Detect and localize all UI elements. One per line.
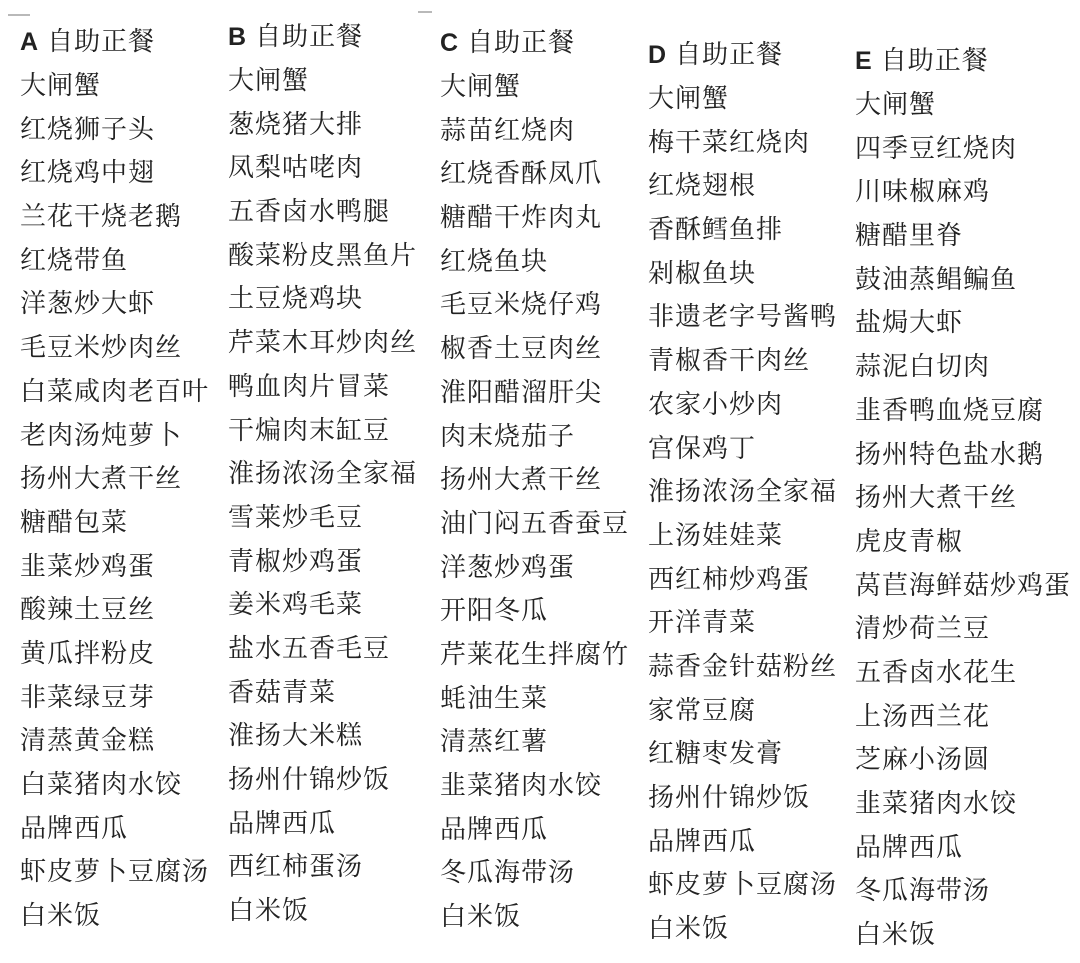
menu-item: 虾皮萝卜豆腐汤 [648, 863, 860, 907]
menu-item: 白米饭 [440, 895, 652, 939]
menu-item: 白米饭 [855, 913, 1067, 957]
menu-item: 扬州大煮干丝 [20, 457, 232, 501]
menu-item: 品牌西瓜 [440, 808, 652, 852]
menu-item: 红烧鸡中翅 [20, 151, 232, 195]
menu-item: 青椒炒鸡蛋 [228, 540, 440, 584]
menu-item: 椒香土豆肉丝 [440, 327, 652, 371]
menu-title-d: D自助正餐 [648, 33, 860, 77]
menu-item: 蒜苗红烧肉 [440, 109, 652, 153]
menu-item: 红烧鱼块 [440, 240, 652, 284]
menu-item: 扬州大煮干丝 [855, 476, 1067, 520]
menu-item: 清蒸黄金糕 [20, 719, 232, 763]
menu-letter-c: C [440, 29, 458, 57]
menu-item: 蒜香金针菇粉丝 [648, 645, 860, 689]
menu-item: 家常豆腐 [648, 689, 860, 733]
menu-item: 糖醋包菜 [20, 501, 232, 545]
menu-item: 非遗老字号酱鸭 [648, 295, 860, 339]
menu-item: 非菜绿豆芽 [20, 676, 232, 720]
menu-column-a: A自助正餐 大闸蟹红烧狮子头红烧鸡中翅兰花干烧老鹅红烧带鱼洋葱炒大虾毛豆米炒肉丝… [20, 20, 232, 938]
menu-title-c: C自助正餐 [440, 21, 652, 65]
menu-item: 土豆烧鸡块 [228, 277, 440, 321]
menu-item: 虎皮青椒 [855, 520, 1067, 564]
menu-title-label: 自助正餐 [47, 27, 155, 56]
menu-item: 油门闷五香蚕豆 [440, 502, 652, 546]
menu-item: 剁椒鱼块 [648, 252, 860, 296]
menu-item: 淮扬大米糕 [228, 714, 440, 758]
menu-item: 酸菜粉皮黑鱼片 [228, 234, 440, 278]
menu-letter-b: B [228, 23, 246, 51]
menu-item: 洋葱炒大虾 [20, 282, 232, 326]
menu-item: 品牌西瓜 [20, 807, 232, 851]
menu-title-label: 自助正餐 [881, 46, 989, 75]
menu-item: 大闸蟹 [648, 77, 860, 121]
menu-item: 红烧翅根 [648, 164, 860, 208]
menu-item: 川味椒麻鸡 [855, 170, 1067, 214]
menu-item: 扬州大煮干丝 [440, 458, 652, 502]
menu-item: 清蒸红薯 [440, 720, 652, 764]
menu-item: 鼓油蒸鲳鳊鱼 [855, 258, 1067, 302]
menu-item: 盐水五香毛豆 [228, 627, 440, 671]
menu-item: 干煸肉末缸豆 [228, 409, 440, 453]
menu-item: 糖醋里脊 [855, 214, 1067, 258]
scan-artifact-mark [418, 11, 432, 13]
menu-item: 白米饭 [20, 894, 232, 938]
menu-item: 香菇青菜 [228, 671, 440, 715]
menu-item: 大闸蟹 [855, 83, 1067, 127]
menu-item: 老肉汤炖萝卜 [20, 414, 232, 458]
menu-item: 虾皮萝卜豆腐汤 [20, 850, 232, 894]
menu-letter-e: E [855, 47, 872, 75]
menu-column-e: E自助正餐 大闸蟹四季豆红烧肉川味椒麻鸡糖醋里脊鼓油蒸鲳鳊鱼盐焗大虾蒜泥白切肉韭… [855, 39, 1067, 957]
menu-item: 酸辣土豆丝 [20, 588, 232, 632]
menu-item: 红烧带鱼 [20, 239, 232, 283]
menu-item: 上汤西兰花 [855, 695, 1067, 739]
menu-title-e: E自助正餐 [855, 39, 1067, 83]
menu-items-a: 大闸蟹红烧狮子头红烧鸡中翅兰花干烧老鹅红烧带鱼洋葱炒大虾毛豆米炒肉丝白菜咸肉老百… [20, 64, 232, 938]
menu-item: 白米饭 [228, 889, 440, 933]
menu-title-label: 自助正餐 [255, 22, 363, 51]
menu-items-b: 大闸蟹葱烧猪大排凤梨咕咾肉五香卤水鸭腿酸菜粉皮黑鱼片土豆烧鸡块芹菜木耳炒肉丝鸭血… [228, 59, 440, 933]
menu-item: 蒜泥白切肉 [855, 345, 1067, 389]
menu-item: 肉末烧茄子 [440, 415, 652, 459]
menu-item: 上汤娃娃菜 [648, 514, 860, 558]
menu-item: 莴苣海鲜菇炒鸡蛋 [855, 564, 1067, 608]
menu-item: 扬州什锦炒饭 [648, 776, 860, 820]
menu-item: 农家小炒肉 [648, 383, 860, 427]
menu-item: 清炒荷兰豆 [855, 607, 1067, 651]
menu-title-label: 自助正餐 [467, 28, 575, 57]
menu-items-d: 大闸蟹梅干菜红烧肉红烧翅根香酥鳕鱼排剁椒鱼块非遗老字号酱鸭青椒香干肉丝农家小炒肉… [648, 77, 860, 951]
menu-letter-a: A [20, 28, 38, 56]
menu-items-c: 大闸蟹蒜苗红烧肉红烧香酥凤爪糖醋干炸肉丸红烧鱼块毛豆米烧仔鸡椒香土豆肉丝淮阳醋溜… [440, 65, 652, 939]
menu-item: 五香卤水花生 [855, 651, 1067, 695]
menu-item: 兰花干烧老鹅 [20, 195, 232, 239]
menu-item: 芹莱花生拌腐竹 [440, 633, 652, 677]
menu-item: 冬瓜海带汤 [855, 869, 1067, 913]
menu-item: 芹菜木耳炒肉丝 [228, 321, 440, 365]
menu-item: 雪莱炒毛豆 [228, 496, 440, 540]
menu-item: 韭菜猪肉水饺 [855, 782, 1067, 826]
menu-column-d: D自助正餐 大闸蟹梅干菜红烧肉红烧翅根香酥鳕鱼排剁椒鱼块非遗老字号酱鸭青椒香干肉… [648, 33, 860, 951]
menu-item: 毛豆米炒肉丝 [20, 326, 232, 370]
menu-item: 韭香鸭血烧豆腐 [855, 389, 1067, 433]
menu-item: 宫保鸡丁 [648, 427, 860, 471]
menu-item: 糖醋干炸肉丸 [440, 196, 652, 240]
menu-column-c: C自助正餐 大闸蟹蒜苗红烧肉红烧香酥凤爪糖醋干炸肉丸红烧鱼块毛豆米烧仔鸡椒香土豆… [440, 21, 652, 939]
menu-item: 韭菜炒鸡蛋 [20, 545, 232, 589]
menu-item: 五香卤水鸭腿 [228, 190, 440, 234]
menu-item: 青椒香干肉丝 [648, 339, 860, 383]
menu-item: 凤梨咕咾肉 [228, 146, 440, 190]
menu-item: 西红柿炒鸡蛋 [648, 558, 860, 602]
menu-item: 品牌西瓜 [855, 826, 1067, 870]
menu-item: 开洋青菜 [648, 601, 860, 645]
menu-item: 淮扬浓汤全家福 [648, 470, 860, 514]
menu-item: 鸭血肉片冒菜 [228, 365, 440, 409]
menu-item: 大闸蟹 [228, 59, 440, 103]
menu-item: 白菜咸肉老百叶 [20, 370, 232, 414]
menu-title-b: B自助正餐 [228, 15, 440, 59]
menu-item: 梅干菜红烧肉 [648, 121, 860, 165]
menu-item: 毛豆米烧仔鸡 [440, 283, 652, 327]
menu-item: 扬州什锦炒饭 [228, 758, 440, 802]
menu-board: A自助正餐 大闸蟹红烧狮子头红烧鸡中翅兰花干烧老鹅红烧带鱼洋葱炒大虾毛豆米炒肉丝… [0, 0, 1080, 963]
menu-letter-d: D [648, 41, 666, 69]
menu-item: 四季豆红烧肉 [855, 127, 1067, 171]
menu-item: 盐焗大虾 [855, 301, 1067, 345]
menu-item: 白米饭 [648, 907, 860, 951]
menu-item: 扬州特色盐水鹅 [855, 433, 1067, 477]
menu-item: 大闸蟹 [20, 64, 232, 108]
menu-item: 品牌西瓜 [648, 820, 860, 864]
menu-item: 红糖枣发膏 [648, 732, 860, 776]
menu-item: 洋葱炒鸡蛋 [440, 546, 652, 590]
menu-item: 红烧香酥凤爪 [440, 152, 652, 196]
menu-item: 红烧狮子头 [20, 108, 232, 152]
menu-item: 香酥鳕鱼排 [648, 208, 860, 252]
menu-item: 淮阳醋溜肝尖 [440, 371, 652, 415]
menu-title-label: 自助正餐 [675, 40, 783, 69]
menu-item: 淮扬浓汤全家福 [228, 452, 440, 496]
menu-item: 西红柿蛋汤 [228, 845, 440, 889]
menu-item: 芝麻小汤圆 [855, 738, 1067, 782]
menu-item: 白菜猪肉水饺 [20, 763, 232, 807]
menu-item: 黄瓜拌粉皮 [20, 632, 232, 676]
menu-item: 冬瓜海带汤 [440, 851, 652, 895]
menu-item: 品牌西瓜 [228, 802, 440, 846]
menu-item: 姜米鸡毛菜 [228, 583, 440, 627]
scan-artifact-mark [8, 14, 30, 16]
menu-item: 蚝油生菜 [440, 677, 652, 721]
menu-item: 开阳冬瓜 [440, 589, 652, 633]
menu-item: 大闸蟹 [440, 65, 652, 109]
menu-title-a: A自助正餐 [20, 20, 232, 64]
menu-item: 葱烧猪大排 [228, 103, 440, 147]
menu-item: 韭菜猪肉水饺 [440, 764, 652, 808]
menu-items-e: 大闸蟹四季豆红烧肉川味椒麻鸡糖醋里脊鼓油蒸鲳鳊鱼盐焗大虾蒜泥白切肉韭香鸭血烧豆腐… [855, 83, 1067, 957]
menu-column-b: B自助正餐 大闸蟹葱烧猪大排凤梨咕咾肉五香卤水鸭腿酸菜粉皮黑鱼片土豆烧鸡块芹菜木… [228, 15, 440, 933]
